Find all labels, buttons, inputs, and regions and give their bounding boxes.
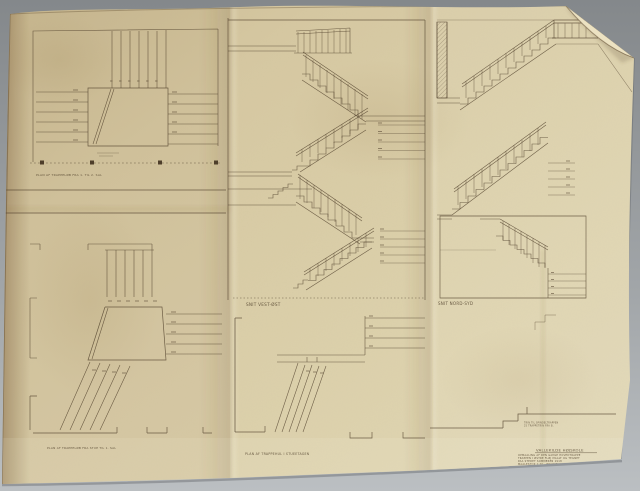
- photo-of-drawing: PLAN AF TRAPPELØB FRA 1. TIL 2. SAL PLAN…: [0, 0, 640, 491]
- paper-grain-texture: [0, 0, 640, 491]
- stair-drawing-sheet: PLAN AF TRAPPELØB FRA 1. TIL 2. SAL PLAN…: [0, 0, 640, 491]
- paper-surface: PLAN AF TRAPPELØB FRA 1. TIL 2. SAL PLAN…: [0, 0, 640, 491]
